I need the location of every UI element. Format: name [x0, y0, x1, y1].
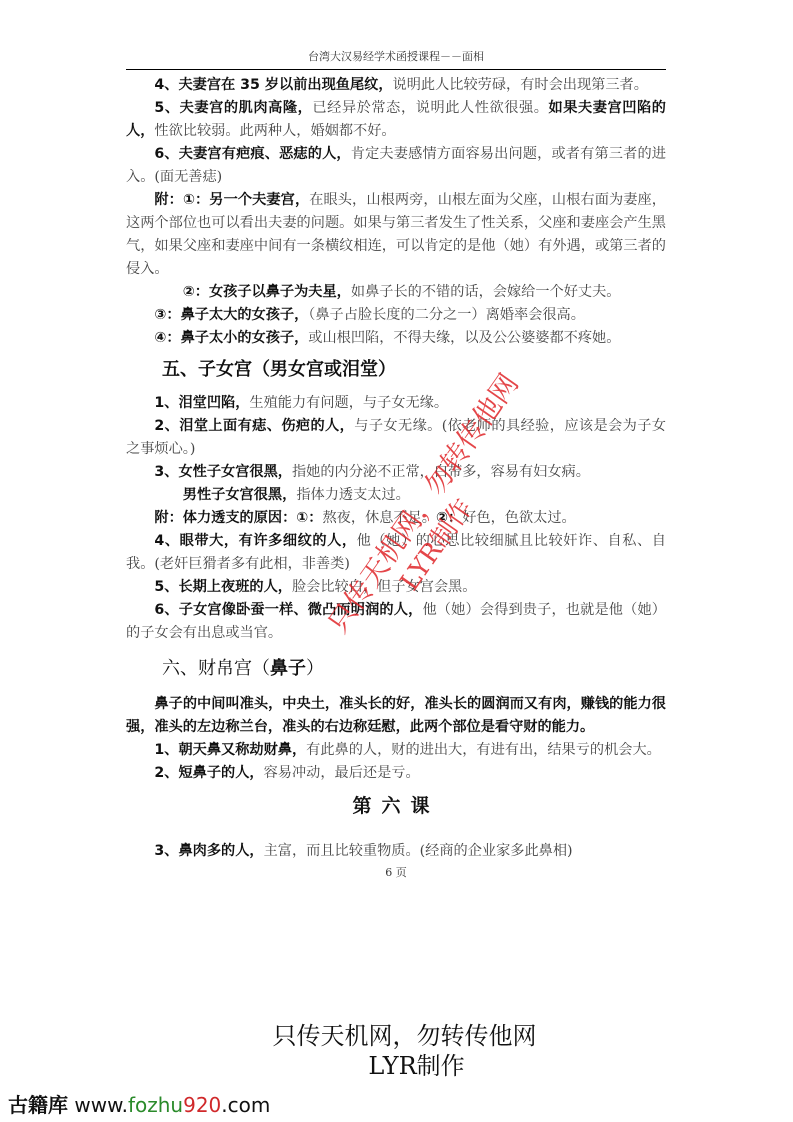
paragraph-text: （鼻子占脸长度的二分之一）离婚率会很高。: [308, 307, 585, 323]
bold-lead: 1、泪堂凹陷，: [154, 395, 249, 411]
paragraph-text: 容易冲动，最后还是亏。: [264, 765, 420, 781]
bold-lead: ②：: [436, 510, 462, 526]
paragraph-text: 主富，而且比较重物质。(经商的企业家多此鼻相): [264, 843, 573, 859]
bold-lead: 3、鼻肉多的人，: [154, 843, 263, 859]
paragraph-4: 4、夫妻宫在 35 岁以前出现鱼尾纹，说明此人比较劳碌，有时会出现第三者。: [126, 74, 666, 97]
paragraph-6: 6、夫妻宫有疤痕、恶痣的人，肯定夫妻感情方面容易出问题，或者有第三者的进入。(面…: [126, 143, 666, 189]
bold-lead: 5、夫妻宫的肌肉高隆，: [154, 100, 312, 116]
site-label: 古籍库: [8, 1093, 68, 1117]
bold-lead: 4、眼带大，有许多细纹的人，: [154, 533, 356, 549]
bold-lead: 5、长期上夜班的人，: [154, 579, 292, 595]
bold-lead: 2、泪堂上面有痣、伤疤的人，: [154, 418, 354, 434]
url-suffix: .com: [221, 1093, 270, 1117]
paragraph-text: 或山根凹陷，不得夫缘，以及公公婆婆都不疼她。: [308, 330, 620, 346]
appendix-2: ②：女孩子以鼻子为夫星，如鼻子长的不错的话，会嫁给一个好丈夫。: [126, 281, 666, 304]
bold-lead: 6、子女宫像卧蚕一样、微凸而明润的人，: [154, 602, 422, 618]
section-heading-6: 六、财帛宫（鼻子）: [162, 655, 666, 683]
bold-lead: 附：体力透支的原因：①：: [154, 510, 322, 526]
page-content: 4、夫妻宫在 35 岁以前出现鱼尾纹，说明此人比较劳碌，有时会出现第三者。 5、…: [126, 74, 666, 884]
header-divider: [126, 69, 666, 70]
bold-lead: 1、朝天鼻又称劫财鼻，: [154, 742, 306, 758]
heading-text: 六、财帛宫（: [162, 658, 270, 679]
paragraph-text: 生殖能力有问题，与子女无缘。: [249, 395, 448, 411]
section5-item-5: 5、长期上夜班的人，脸会比较白，但子女宫会黑。: [126, 576, 666, 599]
appendix-1: 附：①：另一个夫妻宫，在眼头，山根两旁，山根左面为父座，山根右面为妻座，这两个部…: [126, 189, 666, 281]
paragraph-text: 好色，色欲太过。: [462, 510, 576, 526]
paragraph-text: 如鼻子长的不错的话，会嫁给一个好丈夫。: [351, 284, 621, 300]
heading-text-bold: 鼻子: [270, 658, 306, 679]
bold-lead: 4、夫妻宫在 35 岁以前出现鱼尾纹，: [154, 77, 392, 93]
paragraph-text: 有此鼻的人，财的进出大，有进有出，结果亏的机会大。: [306, 742, 661, 758]
section6-intro: 鼻子的中间叫准头，中央土，准头长的好，准头长的圆润而又有肉，赚钱的能力很强，准头…: [126, 693, 666, 739]
url-red: 920: [183, 1093, 221, 1117]
section6-item-1: 1、朝天鼻又称劫财鼻，有此鼻的人，财的进出大，有进有出，结果亏的机会大。: [126, 739, 666, 762]
paragraph-5: 5、夫妻宫的肌肉高隆，已经异於常态，说明此人性欲很强。如果夫妻宫凹陷的人，性欲比…: [126, 97, 666, 143]
url-green: fozhu: [128, 1093, 183, 1117]
paragraph-text: 已经异於常态，说明此人性欲很强。: [312, 100, 548, 116]
bold-lead: 附：①：另一个夫妻宫，: [154, 192, 309, 208]
bold-lead: 2、短鼻子的人，: [154, 765, 263, 781]
page-header: 台湾大汉易经学术函授课程－－面相: [126, 48, 666, 64]
paragraph-text: 熬夜，休息不足。: [322, 510, 436, 526]
section5-item-3: 3、女性子女宫很黑，指她的内分泌不正常，白带多，容易有妇女病。: [126, 461, 666, 484]
bold-lead: 男性子女宫很黑，: [183, 487, 297, 503]
bold-lead: 6、夫妻宫有疤痕、恶痣的人，: [154, 146, 350, 162]
paragraph-text: 说明此人比较劳碌，有时会出现第三者。: [393, 77, 648, 93]
site-url[interactable]: www.fozhu920.com: [74, 1093, 270, 1117]
bold-lead: ②：女孩子以鼻子为夫星，: [183, 284, 351, 300]
heading-text: ）: [306, 658, 324, 679]
section5-item-2: 2、泪堂上面有痣、伤疤的人，与子女无缘。(依老师的具经验，应该是会为子女之事烦心…: [126, 415, 666, 461]
paragraph-text: 指体力透支太过。: [296, 487, 410, 503]
section5-item-3b: 男性子女宫很黑，指体力透支太过。: [126, 484, 666, 507]
site-watermark: 古籍库 www.fozhu920.com: [8, 1089, 270, 1118]
section5-item-1: 1、泪堂凹陷，生殖能力有问题，与子女无缘。: [126, 392, 666, 415]
section6-item-2: 2、短鼻子的人，容易冲动，最后还是亏。: [126, 762, 666, 785]
section5-item-4: 4、眼带大，有许多细纹的人，他（她）的心思比较细腻且比较奸诈、自私、自我。(老奸…: [126, 530, 666, 576]
lesson-title: 第六课: [126, 795, 666, 818]
appendix-3: ③：鼻子太大的女孩子，（鼻子占脸长度的二分之一）离婚率会很高。: [126, 304, 666, 327]
section5-appendix: 附：体力透支的原因：①：熬夜，休息不足。②：好色，色欲太过。: [126, 507, 666, 530]
lesson-item-3: 3、鼻肉多的人，主富，而且比较重物质。(经商的企业家多此鼻相): [126, 840, 666, 863]
section-heading-5: 五、子女宫（男女宫或泪堂）: [162, 356, 666, 384]
bold-lead: ④：鼻子太小的女孩子，: [154, 330, 308, 346]
paragraph-text: 指她的内分泌不正常，白带多，容易有妇女病。: [292, 464, 590, 480]
footer-note-line-2: LYR制作: [20, 1046, 793, 1081]
paragraph-text: 脸会比较白，但子女宫会黑。: [292, 579, 476, 595]
bold-lead: 3、女性子女宫很黑，: [154, 464, 292, 480]
bold-lead: ③：鼻子太大的女孩子，: [154, 307, 308, 323]
paragraph-text: 性欲比较弱。此两种人，婚姻都不好。: [154, 123, 395, 139]
page-number: 6 页: [126, 861, 666, 884]
section5-item-6: 6、子女宫像卧蚕一样、微凸而明润的人，他（她）会得到贵子，也就是他（她）的子女会…: [126, 599, 666, 645]
appendix-4: ④：鼻子太小的女孩子，或山根凹陷，不得夫缘，以及公公婆婆都不疼她。: [126, 327, 666, 350]
url-prefix: www.: [74, 1093, 128, 1117]
